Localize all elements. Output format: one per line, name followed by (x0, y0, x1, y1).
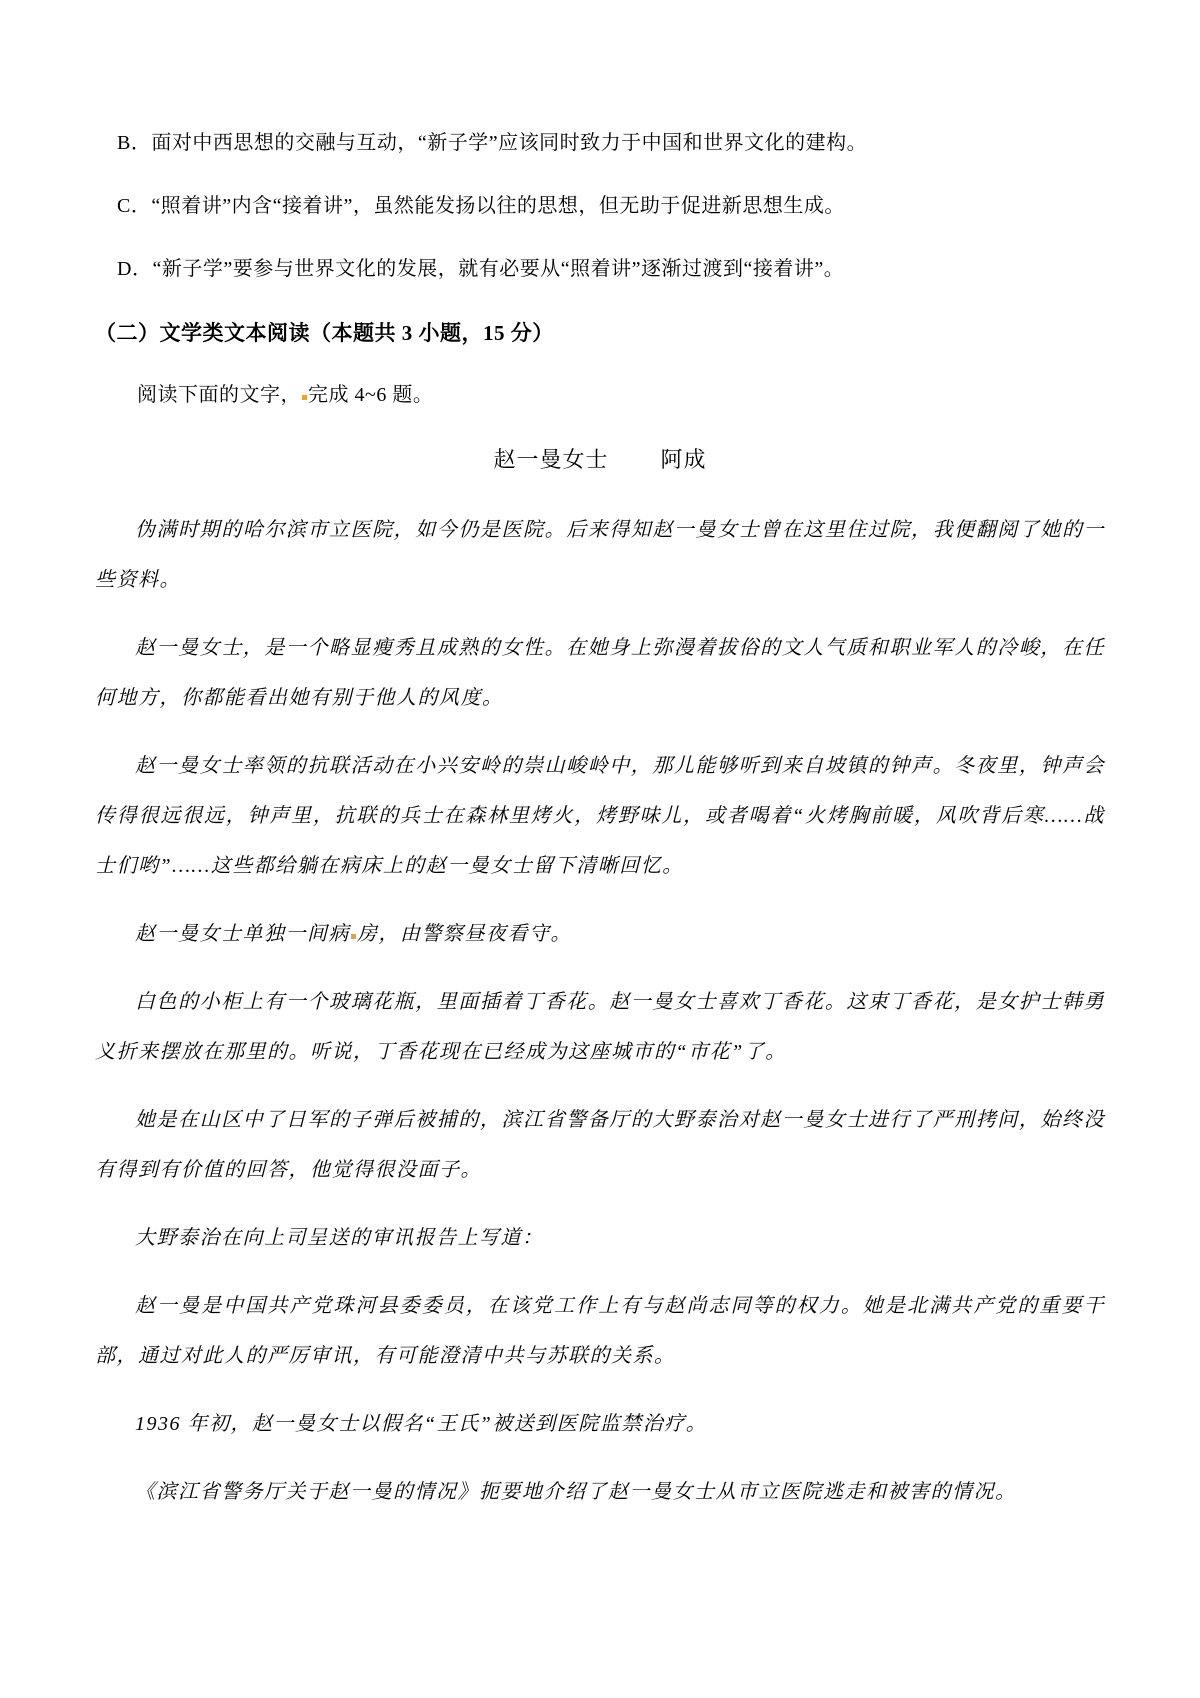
passage-author: 阿成 (661, 447, 707, 472)
paragraph: 大野泰治在向上司呈送的审讯报告上写道： (95, 1213, 1105, 1263)
passage-body: 伪满时期的哈尔滨市立医院，如今仍是医院。后来得知赵一曼女士曾在这里住过院，我便翻… (95, 505, 1105, 1517)
option-b: B．面对中西思想的交融与互动，“新子学”应该同时致力于中国和世界文化的建构。 (117, 130, 1105, 156)
paragraph-text-before: 赵一曼女士单独一间病 (135, 923, 350, 945)
option-c: C．“照着讲”内含“接着讲”，虽然能发扬以往的思想，但无助于促进新思想生成。 (117, 193, 1105, 219)
passage-title-text: 赵一曼女士 (493, 447, 608, 472)
paragraph: 她是在山区中了日军的子弹后被捕的，滨江省警备厅的大野泰治对赵一曼女士进行了严刑拷… (95, 1095, 1105, 1195)
choice-options: B．面对中西思想的交融与互动，“新子学”应该同时致力于中国和世界文化的建构。 C… (95, 130, 1105, 282)
paragraph-text-after: 房，由警察昼夜看守。 (357, 923, 572, 945)
paragraph: 赵一曼女士率领的抗联活动在小兴安岭的崇山峻岭中，那儿能够听到来自坡镇的钟声。冬夜… (95, 741, 1105, 891)
document-page: B．面对中西思想的交融与互动，“新子学”应该同时致力于中国和世界文化的建构。 C… (0, 0, 1200, 1698)
instruction-line: 阅读下面的文字，完成 4~6 题。 (95, 382, 1105, 408)
option-d: D．“新子学”要参与世界文化的发展，就有必要从“照着讲”逐渐过渡到“接着讲”。 (117, 256, 1105, 282)
paragraph: 赵一曼女士单独一间病房，由警察昼夜看守。 (95, 909, 1105, 959)
instruction-text-after: 完成 4~6 题。 (308, 384, 433, 406)
passage-title: 赵一曼女士阿成 (95, 445, 1105, 475)
edit-mark-dot (351, 934, 356, 939)
edit-mark-dot (302, 395, 307, 400)
section-heading: （二）文学类文本阅读（本题共 3 小题，15 分） (95, 319, 1105, 347)
paragraph: 白色的小柜上有一个玻璃花瓶，里面插着丁香花。赵一曼女士喜欢丁香花。这束丁香花，是… (95, 977, 1105, 1077)
paragraph: 赵一曼女士，是一个略显瘦秀且成熟的女性。在她身上弥漫着拔俗的文人气质和职业军人的… (95, 623, 1105, 723)
paragraph: 伪满时期的哈尔滨市立医院，如今仍是医院。后来得知赵一曼女士曾在这里住过院，我便翻… (95, 505, 1105, 605)
instruction-text-before: 阅读下面的文字， (137, 384, 301, 406)
paragraph: 1936 年初，赵一曼女士以假名“王氏”被送到医院监禁治疗。 (95, 1399, 1105, 1449)
paragraph: 《滨江省警务厅关于赵一曼的情况》扼要地介绍了赵一曼女士从市立医院逃走和被害的情况… (95, 1467, 1105, 1517)
paragraph: 赵一曼是中国共产党珠河县委委员，在该党工作上有与赵尚志同等的权力。她是北满共产党… (95, 1281, 1105, 1381)
